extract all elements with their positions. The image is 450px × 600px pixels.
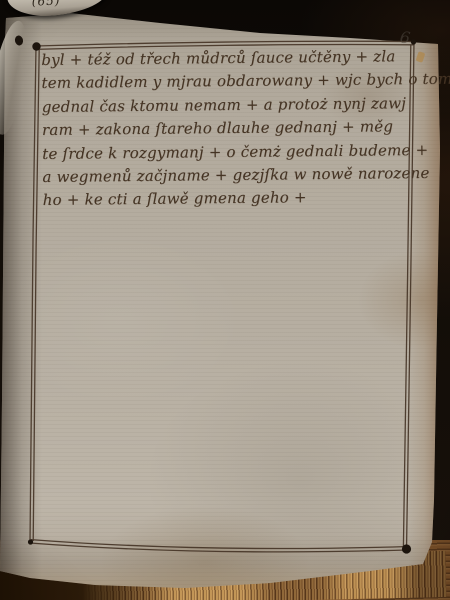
manuscript-photo: (65) 6 byl + též od třech můdrců ſauc (0, 0, 450, 600)
text-line-4: ram + zakona ſtareho dlauhe gednanj + mě… (42, 115, 418, 142)
handwritten-text-block: byl + též od třech můdrců ſauce učtěny +… (41, 45, 419, 213)
text-line-7: ho + ke cti a ſlawě gmena geho + (43, 185, 419, 212)
frame-left-inner (33, 49, 39, 541)
text-line-6: a wegmenů začjname + gezjſka w nowě naro… (42, 162, 418, 189)
